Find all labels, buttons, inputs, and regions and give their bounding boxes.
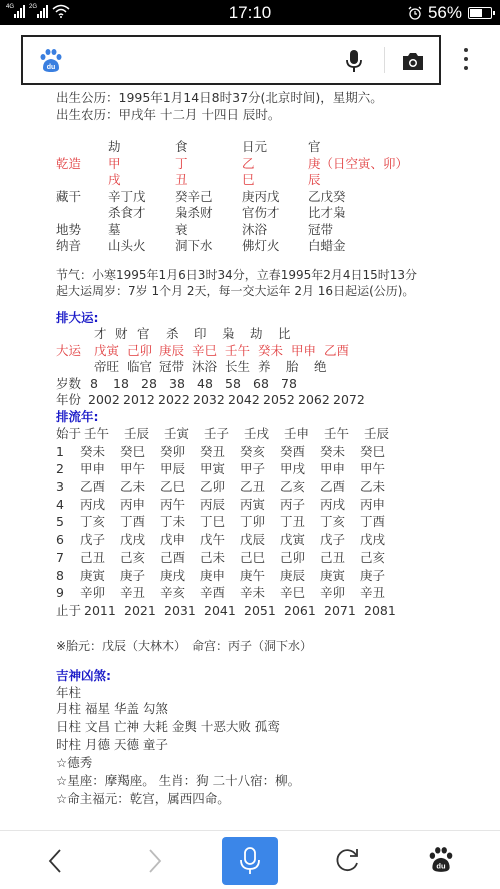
bazi-stems-row: 乾造 甲 丁 乙 庚（日空寅、卯） xyxy=(56,156,476,173)
bazi-branches-row: 戌 丑 巳 辰 xyxy=(56,172,476,189)
baidu-home-icon[interactable]: du xyxy=(427,846,455,874)
dayun-year-row: 年份 2002 2012 2022 2032 2042 2052 2062 20… xyxy=(56,392,476,409)
liunian-start-row: 始于 壬午 壬辰 壬寅 壬子 壬戌 壬申 壬午 壬辰 xyxy=(56,425,476,443)
battery-percent: 56% xyxy=(428,3,462,23)
dayun-heading: 排大运: xyxy=(56,310,476,327)
divider xyxy=(384,47,385,73)
birth-solar: 出生公历：1995年1月14日8时37分(北京时间)，星期六。 xyxy=(56,90,476,107)
bazi-header-row: 劫 食 日元 官 xyxy=(56,139,476,156)
shensha-line: 时柱 月德 天德 童子 xyxy=(56,737,476,755)
liunian-row: 1癸未癸巳癸卯癸丑癸亥癸酉癸未癸巳 xyxy=(56,443,476,461)
liunian-rows: 1癸未癸巳癸卯癸丑癸亥癸酉癸未癸巳2甲申甲午甲辰甲寅甲子甲戌甲申甲午3乙酉乙未乙… xyxy=(56,443,476,602)
shensha-heading: 吉神凶煞: xyxy=(56,668,476,685)
qiyun-line: 起大运周岁：7岁 1个月 2天，每一交大运年 2月 16日起运(公历)。 xyxy=(56,283,476,300)
birth-lunar: 出生农历：甲戌年 十二月 十四日 辰时。 xyxy=(56,107,476,124)
refresh-icon[interactable] xyxy=(334,847,360,873)
svg-text:du: du xyxy=(436,862,446,871)
taiyuan-minggong: ※胎元：戊辰（大林木） 命宫：丙子（洞下水） xyxy=(56,638,476,655)
bazi-nayin-row: 纳音 山头火 洞下水 佛灯火 白蜡金 xyxy=(56,238,476,255)
shensha-line: ☆德秀 xyxy=(56,755,476,773)
bazi-dishi-row: 地势 墓 衰 沐浴 冠带 xyxy=(56,222,476,239)
shensha-line: ☆命主福元：乾宫，属西四命。 xyxy=(56,791,476,809)
liunian-row: 5丁亥丁酉丁未丁巳丁卯丁丑丁亥丁酉 xyxy=(56,513,476,531)
jieqi-line: 节气：小寒1995年1月6日3时34分，立春1995年2月4日15时13分 xyxy=(56,267,476,284)
liunian-end-row: 止于 2011 2021 2031 2041 2051 2061 2071 20… xyxy=(56,602,476,620)
search-bar[interactable]: du xyxy=(21,35,441,85)
microphone-icon[interactable] xyxy=(346,49,362,73)
dayun-changsheng-row: 帝旺 临官 冠带 沐浴 长生 养 胎 绝 xyxy=(56,359,476,376)
voice-search-icon xyxy=(240,847,260,875)
bottom-navigation: du xyxy=(0,830,500,889)
liunian-heading: 排流年: xyxy=(56,409,476,426)
shensha-line: 日柱 文昌 亡神 大耗 金舆 十恶大败 孤鸾 xyxy=(56,719,476,737)
liunian-row: 9辛卯辛丑辛亥辛酉辛未辛巳辛卯辛丑 xyxy=(56,584,476,602)
voice-search-button[interactable] xyxy=(222,837,278,885)
bazi-shishen-row: 杀食才 枭杀财 官伤才 比才枭 xyxy=(56,205,476,222)
liunian-row: 2甲申甲午甲辰甲寅甲子甲戌甲申甲午 xyxy=(56,460,476,478)
status-bar: 4G 2G 17:10 56% xyxy=(0,0,500,25)
svg-text:du: du xyxy=(47,64,56,71)
alarm-clock-icon xyxy=(408,6,422,20)
baidu-paw-icon[interactable]: du xyxy=(38,48,64,74)
back-icon[interactable] xyxy=(45,848,65,874)
shensha-line: ☆星座：摩羯座。 生肖：狗 二十八宿：柳。 xyxy=(56,773,476,791)
liunian-row: 8庚寅庚子庚戌庚申庚午庚辰庚寅庚子 xyxy=(56,567,476,585)
more-vertical-icon[interactable] xyxy=(461,48,471,72)
liunian-row: 6戊子戊戌戊申戊午戊辰戊寅戊子戊戌 xyxy=(56,531,476,549)
bazi-canggan-row: 藏干 辛丁戊 癸辛己 庚丙戊 乙戊癸 xyxy=(56,189,476,206)
shensha-line: 年柱 xyxy=(56,685,476,702)
forward-icon[interactable] xyxy=(145,848,165,874)
dayun-ganzhi-row: 大运 戊寅 己卯 庚辰 辛巳 壬午 癸未 甲申 乙酉 xyxy=(56,343,476,360)
liunian-row: 4丙戌丙申丙午丙辰丙寅丙子丙戌丙申 xyxy=(56,496,476,514)
dayun-age-row: 岁数 8 18 28 38 48 58 68 78 xyxy=(56,376,476,393)
camera-icon[interactable] xyxy=(401,51,425,71)
shensha-line: 月柱 福星 华盖 勾煞 xyxy=(56,701,476,719)
dayun-shishen-row: 才 财 官 杀 印 枭 劫 比 xyxy=(56,326,476,343)
battery-icon xyxy=(468,7,492,19)
liunian-row: 7己丑己亥己酉己未己巳己卯己丑己亥 xyxy=(56,549,476,567)
bazi-content: 出生公历：1995年1月14日8时37分(北京时间)，星期六。 出生农历：甲戌年… xyxy=(56,90,476,809)
liunian-row: 3乙酉乙未乙巳乙卯乙丑乙亥乙酉乙未 xyxy=(56,478,476,496)
